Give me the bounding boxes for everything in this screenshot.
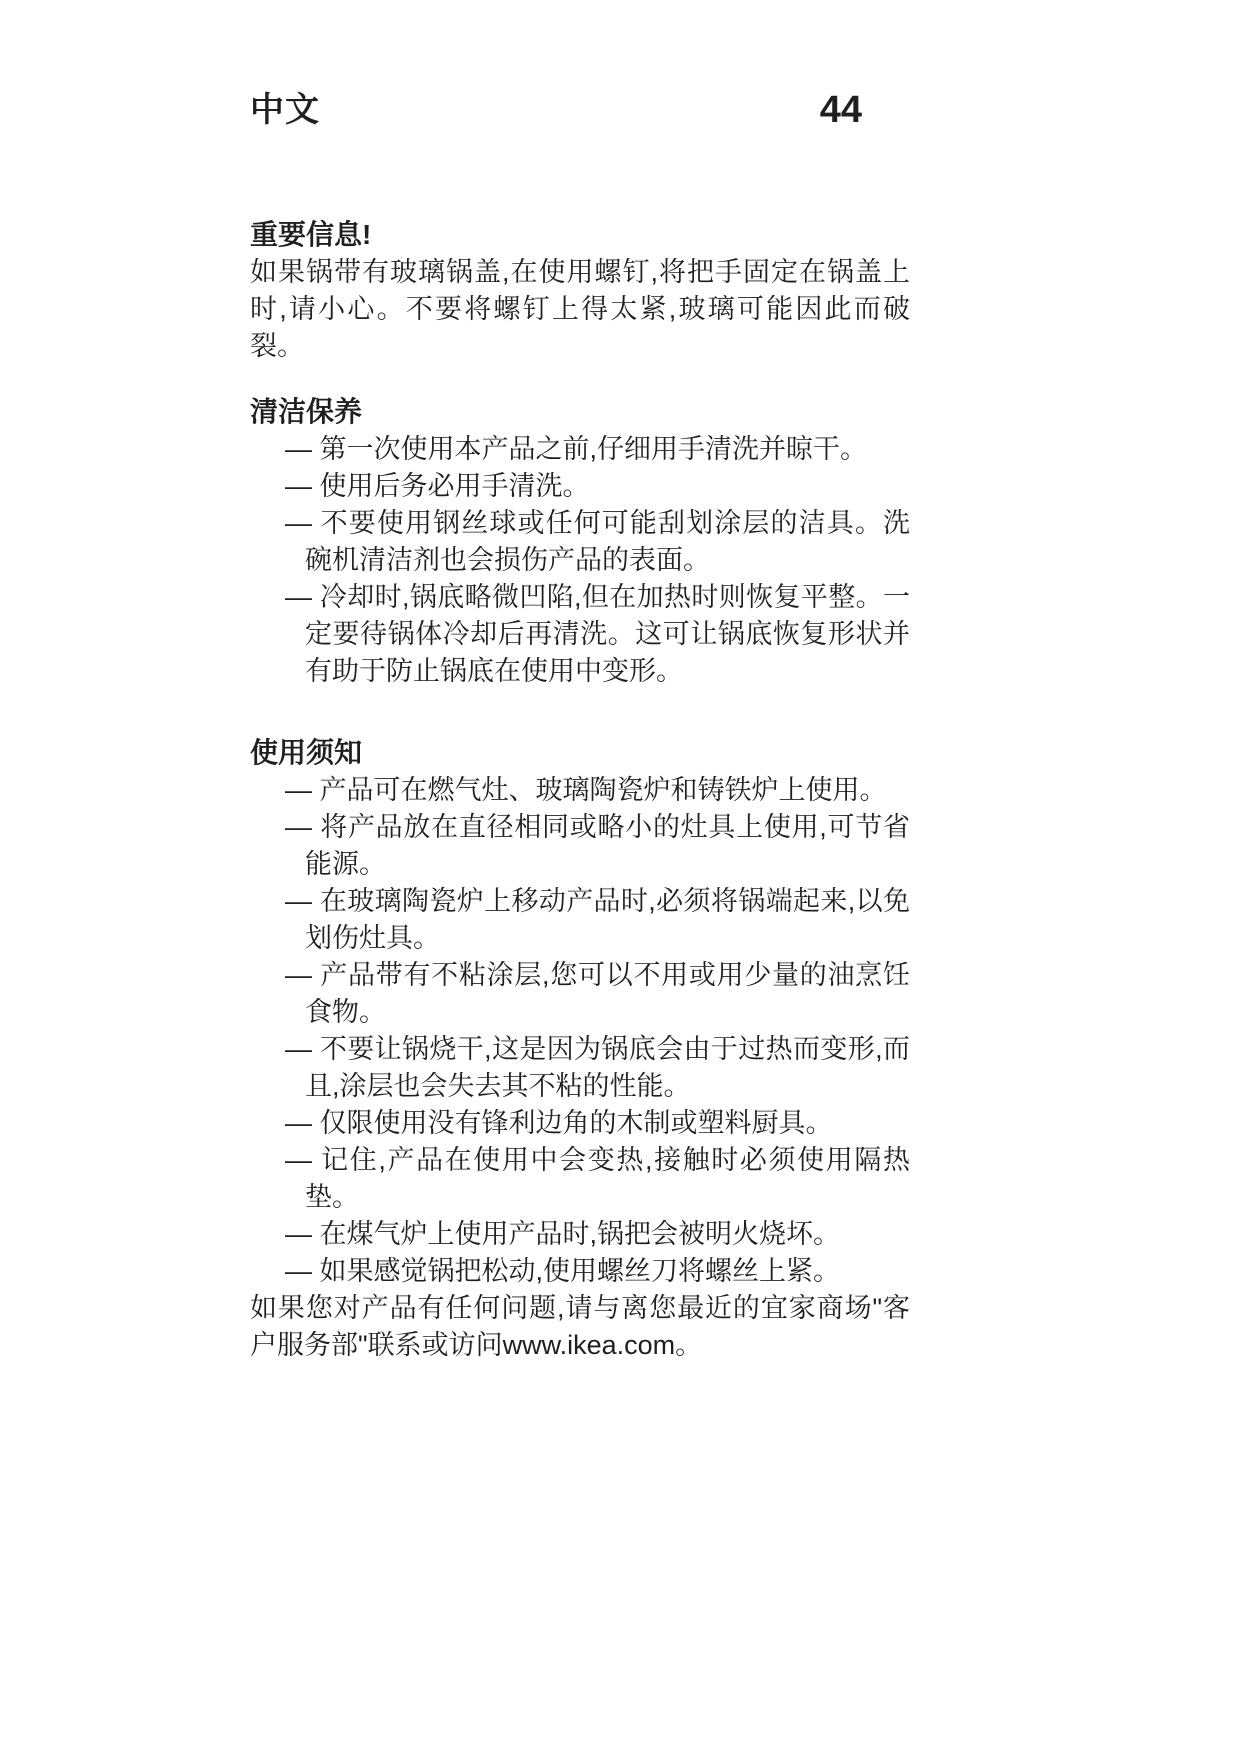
usage-notes-heading: 使用须知 — [250, 734, 910, 772]
list-item: — 在煤气炉上使用产品时,锅把会被明火烧坏。 — [250, 1216, 910, 1253]
customer-service-note: 如果您对产品有任何问题,请与离您最近的宜家商场"客户服务部"联系或访问www.i… — [250, 1290, 910, 1364]
list-item: — 使用后务必用手清洗。 — [250, 468, 910, 505]
dash-marker: — — [285, 1108, 312, 1138]
list-item-text: 产品可在燃气灶、玻璃陶瓷炉和铸铁炉上使用。 — [320, 775, 887, 805]
page-number: 44 — [820, 90, 862, 130]
list-item-text: 将产品放在直径相同或略小的灶具上使用,可节省能源。 — [305, 812, 910, 879]
list-item: — 在玻璃陶瓷炉上移动产品时,必须将锅端起来,以免划伤灶具。 — [250, 883, 910, 957]
list-item-text: 不要让锅烧干,这是因为锅底会由于过热而变形,而且,涂层也会失去其不粘的性能。 — [305, 1034, 910, 1101]
dash-marker: — — [285, 434, 312, 464]
section-cleaning-care: 清洁保养 — 第一次使用本产品之前,仔细用手清洗并晾干。 — 使用后务必用手清洗… — [250, 393, 910, 690]
language-title: 中文 — [250, 90, 320, 130]
list-item-text: 冷却时,锅底略微凹陷,但在加热时则恢复平整。一定要待锅体冷却后再清洗。这可让锅底… — [305, 582, 910, 686]
list-item-text: 不要使用钢丝球或任何可能刮划涂层的洁具。洗碗机清洁剂也会损伤产品的表面。 — [305, 508, 910, 575]
list-item-text: 仅限使用没有锋利边角的木制或塑料厨具。 — [320, 1108, 833, 1138]
dash-marker: — — [285, 1145, 312, 1175]
list-item-text: 在玻璃陶瓷炉上移动产品时,必须将锅端起来,以免划伤灶具。 — [305, 886, 910, 953]
dash-marker: — — [285, 1219, 312, 1249]
list-item-text: 使用后务必用手清洗。 — [320, 471, 590, 501]
list-item: — 产品带有不粘涂层,您可以不用或用少量的油烹饪食物。 — [250, 957, 910, 1031]
dash-marker: — — [285, 960, 312, 990]
dash-marker: — — [285, 508, 312, 538]
list-item-text: 记住,产品在使用中会变热,接触时必须使用隔热垫。 — [305, 1145, 910, 1212]
usage-notes-list: — 产品可在燃气灶、玻璃陶瓷炉和铸铁炉上使用。 — 将产品放在直径相同或略小的灶… — [250, 772, 910, 1290]
list-item: — 产品可在燃气灶、玻璃陶瓷炉和铸铁炉上使用。 — [250, 772, 910, 809]
cleaning-care-heading: 清洁保养 — [250, 393, 910, 431]
cleaning-care-list: — 第一次使用本产品之前,仔细用手清洗并晾干。 — 使用后务必用手清洗。 — 不… — [250, 431, 910, 690]
list-item: — 记住,产品在使用中会变热,接触时必须使用隔热垫。 — [250, 1142, 910, 1216]
list-item: — 不要使用钢丝球或任何可能刮划涂层的洁具。洗碗机清洁剂也会损伤产品的表面。 — [250, 505, 910, 579]
section-important-info: 重要信息! 如果锅带有玻璃锅盖,在使用螺钉,将把手固定在锅盖上时,请小心。不要将… — [250, 216, 910, 365]
dash-marker: — — [285, 582, 312, 612]
list-item: — 不要让锅烧干,这是因为锅底会由于过热而变形,而且,涂层也会失去其不粘的性能。 — [250, 1031, 910, 1105]
list-item: — 如果感觉锅把松动,使用螺丝刀将螺丝上紧。 — [250, 1253, 910, 1290]
page-header: 中文 44 — [250, 0, 862, 130]
list-item-text: 产品带有不粘涂层,您可以不用或用少量的油烹饪食物。 — [305, 960, 910, 1027]
important-info-heading: 重要信息! — [250, 216, 910, 254]
dash-marker: — — [285, 1034, 312, 1064]
dash-marker: — — [285, 886, 312, 916]
page-content: 重要信息! 如果锅带有玻璃锅盖,在使用螺钉,将把手固定在锅盖上时,请小心。不要将… — [250, 216, 910, 1364]
list-item-text: 如果感觉锅把松动,使用螺丝刀将螺丝上紧。 — [320, 1256, 841, 1286]
list-item-text: 第一次使用本产品之前,仔细用手清洗并晾干。 — [320, 434, 868, 464]
dash-marker: — — [285, 775, 312, 805]
list-item: — 将产品放在直径相同或略小的灶具上使用,可节省能源。 — [250, 809, 910, 883]
dash-marker: — — [285, 812, 312, 842]
list-item-text: 在煤气炉上使用产品时,锅把会被明火烧坏。 — [320, 1219, 841, 1249]
list-item: — 冷却时,锅底略微凹陷,但在加热时则恢复平整。一定要待锅体冷却后再清洗。这可让… — [250, 579, 910, 690]
dash-marker: — — [285, 471, 312, 501]
manual-page: 中文 44 重要信息! 如果锅带有玻璃锅盖,在使用螺钉,将把手固定在锅盖上时,请… — [0, 0, 1241, 1754]
list-item: — 仅限使用没有锋利边角的木制或塑料厨具。 — [250, 1105, 910, 1142]
section-usage-notes: 使用须知 — 产品可在燃气灶、玻璃陶瓷炉和铸铁炉上使用。 — 将产品放在直径相同… — [250, 734, 910, 1290]
important-info-paragraph: 如果锅带有玻璃锅盖,在使用螺钉,将把手固定在锅盖上时,请小心。不要将螺钉上得太紧… — [250, 254, 910, 365]
list-item: — 第一次使用本产品之前,仔细用手清洗并晾干。 — [250, 431, 910, 468]
dash-marker: — — [285, 1256, 312, 1286]
